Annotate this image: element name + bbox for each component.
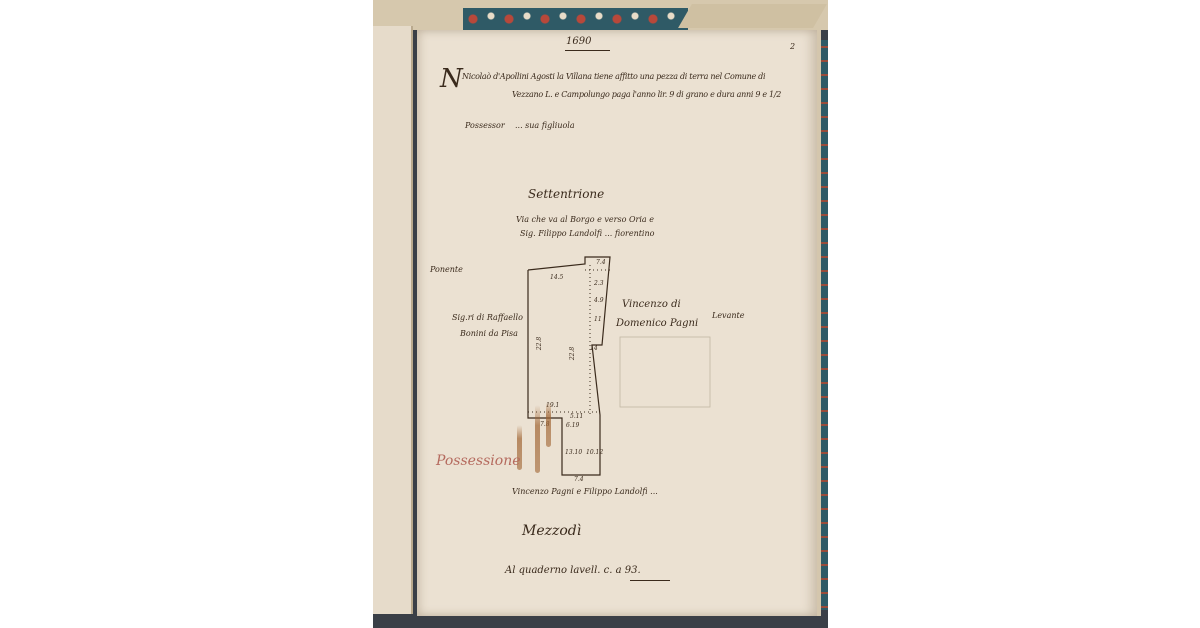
measure-7: 22.8 (536, 337, 543, 350)
measure-6: 14 (590, 345, 598, 352)
measure-12: 6.19 (566, 422, 579, 429)
red-annotation: Possessione (436, 453, 521, 469)
measure-3: 2.3 (594, 280, 604, 287)
measure-13: 13.10 (565, 449, 582, 456)
measure-14: 10.12 (586, 449, 603, 456)
land-plot-plan (0, 0, 1200, 628)
measure-1: 7.4 (596, 259, 606, 266)
ink-stain (546, 402, 551, 447)
footer-underline (630, 580, 670, 581)
measure-4: 4.9 (594, 297, 604, 304)
measure-5: 11 (594, 316, 602, 323)
south-border: Vincenzo Pagni e Filippo Landolfi ... (512, 487, 658, 496)
measure-2: 14.5 (550, 274, 563, 281)
measure-10: 5.11 (570, 413, 583, 420)
measure-15: 7.4 (574, 476, 584, 483)
footer-note: Al quaderno lavell. c. a 93. (505, 565, 641, 576)
ink-stain (535, 405, 540, 473)
measure-8: 22.8 (569, 347, 576, 360)
south-label: Mezzodì (522, 523, 581, 539)
